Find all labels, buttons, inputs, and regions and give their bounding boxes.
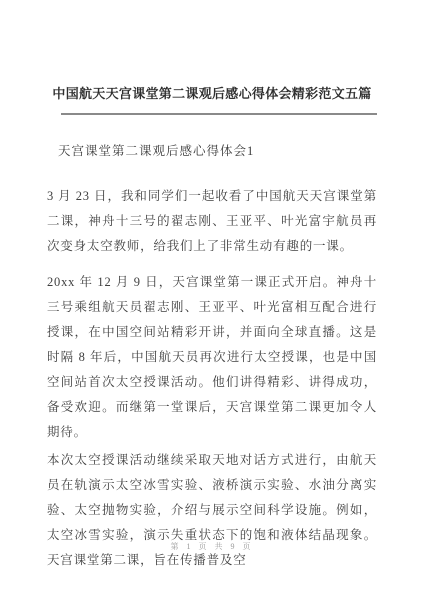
paragraph: 本次太空授课活动继续采取天地对话方式进行，由航天员在轨演示太空冰雪实验、液桥演示… (47, 448, 377, 573)
title-divider (61, 113, 377, 115)
document-page: 中国航天天宫课堂第二课观后感心得体会精彩范文五篇 天宫课堂第二课观后感心得体会1… (0, 0, 424, 600)
section-heading: 天宫课堂第二课观后感心得体会1 (58, 139, 377, 164)
page-number-footer: 第 1 页 共 9 页 (0, 541, 424, 552)
document-title: 中国航天天宫课堂第二课观后感心得体会精彩范文五篇 (47, 84, 377, 104)
paragraph: 3 月 23 日，我和同学们一起收看了中国航天天宫课堂第二课，神舟十三号的翟志刚… (47, 184, 377, 259)
paragraph: 20xx 年 12 月 9 日，天宫课堂第一课正式开启。神舟十三号乘组航天员翟志… (47, 270, 377, 445)
